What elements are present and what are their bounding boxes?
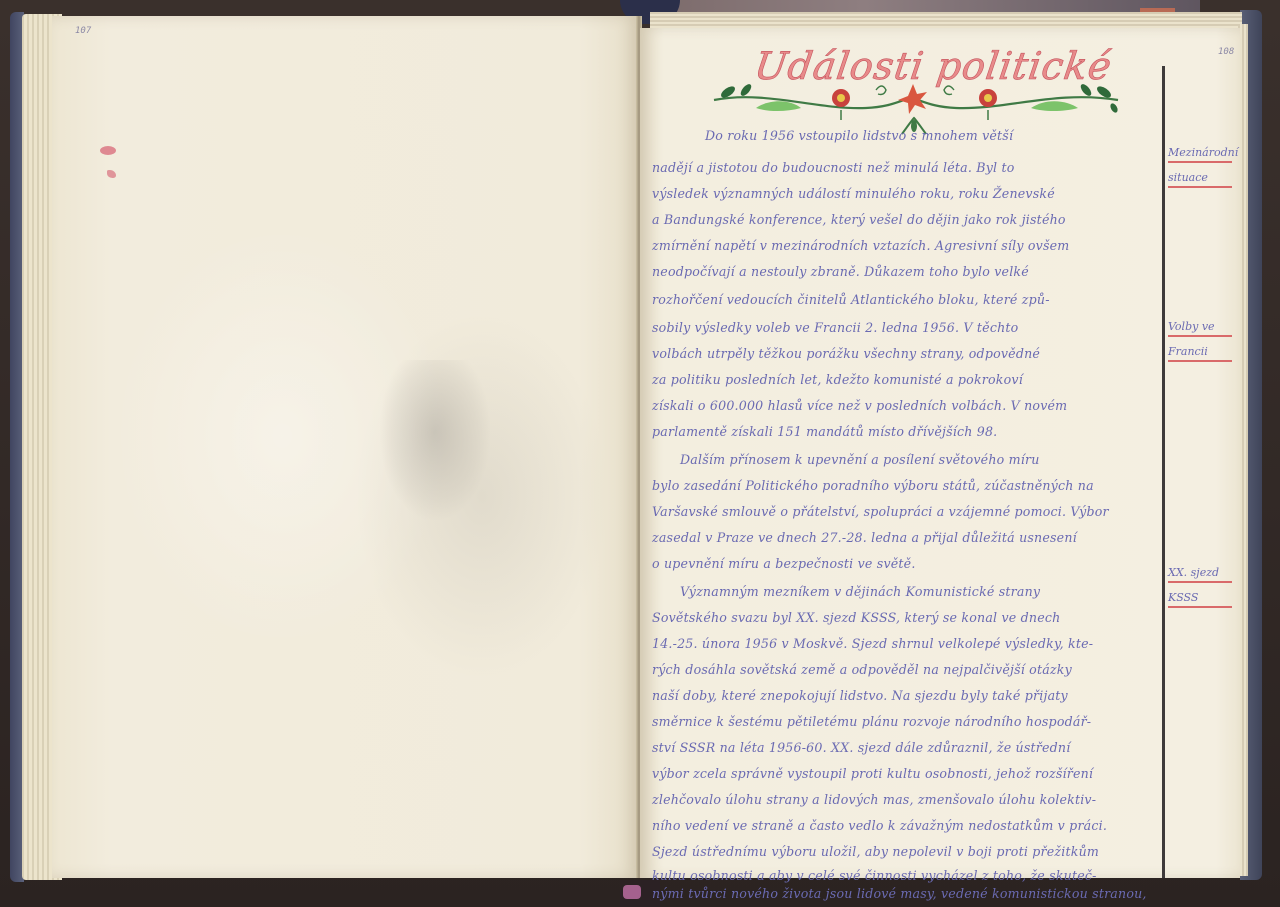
text-line: Do roku 1956 vstoupilo lidstvo s mnohem … (705, 128, 1135, 143)
text-line: kultu osobnosti a aby v celé své činnost… (652, 868, 1152, 883)
margin-note-line: KSSS (1168, 591, 1232, 608)
margin-note-line: Francii (1168, 345, 1232, 362)
margin-note-line: Volby ve (1168, 320, 1232, 337)
text-line: Sovětského svazu byl XX. sjezd KSSS, kte… (652, 610, 1152, 625)
red-ink-mark (107, 170, 116, 178)
bleed-through-stain (380, 360, 490, 520)
text-line: nými tvůrci nového života jsou lidové ma… (652, 886, 1152, 901)
text-line: Sjezd ústřednímu výboru uložil, aby nepo… (652, 844, 1152, 859)
text-line: Dalším přínosem k upevnění a posílení sv… (680, 452, 1140, 467)
text-line: výsledek významných událostí minulého ro… (652, 186, 1152, 201)
text-line: zlehčovalo úlohu strany a lidových mas, … (652, 792, 1152, 807)
margin-rule (1162, 66, 1165, 878)
text-line: ního vedení ve straně a často vedlo k zá… (652, 818, 1152, 833)
text-line: a Bandungské konference, který vešel do … (652, 212, 1152, 227)
text-line: výbor zcela správně vystoupil proti kult… (652, 766, 1152, 781)
text-line: sobily výsledky voleb ve Francii 2. ledn… (652, 320, 1152, 335)
text-line: za politiku posledních let, kdežto komun… (652, 372, 1152, 387)
margin-note-line: Mezinárodní (1168, 146, 1232, 163)
text-line: Významným mezníkem v dějinách Komunistic… (680, 584, 1140, 599)
spine-bookmark (623, 885, 641, 899)
text-line: nadějí a jistotou do budoucnosti než min… (652, 160, 1152, 175)
text-line: 14.-25. února 1956 v Moskvě. Sjezd shrnu… (652, 636, 1152, 651)
text-line: o upevnění míru a bezpečnosti ve světě. (652, 556, 1152, 571)
red-ink-blot (100, 146, 116, 155)
margin-note-elections-france: Volby ve Francii (1168, 320, 1232, 370)
text-line: rých dosáhla sovětská země a odpověděl n… (652, 662, 1152, 677)
right-page-number: 108 (1218, 47, 1234, 57)
text-line: zasedal v Praze ve dnech 27.-28. ledna a… (652, 530, 1152, 545)
margin-note-international-situation: Mezinárodní situace (1168, 146, 1232, 196)
text-line: parlamentě získali 151 mandátů místo dří… (652, 424, 1152, 439)
text-line: ství SSSR na léta 1956-60. XX. sjezd dál… (652, 740, 1152, 755)
left-page (52, 16, 638, 878)
text-line: volbách utrpěly těžkou porážku všechny s… (652, 346, 1152, 361)
margin-note-line: situace (1168, 171, 1232, 188)
text-line: neodpočívají a nestouly zbraně. Důkazem … (652, 264, 1152, 279)
text-line: Varšavské smlouvě o přátelství, spoluprá… (652, 504, 1152, 519)
text-line: rozhořčení vedoucích činitelů Atlantické… (652, 292, 1152, 307)
margin-note-line: XX. sjezd (1168, 566, 1232, 583)
text-line: získali o 600.000 hlasů více než v posle… (652, 398, 1152, 413)
left-page-number: 107 (75, 26, 91, 36)
margin-note-xx-congress: XX. sjezd KSSS (1168, 566, 1232, 616)
text-line: naší doby, které znepokojují lidstvo. Na… (652, 688, 1152, 703)
text-line: bylo zasedání Politického poradního výbo… (652, 478, 1152, 493)
text-line: směrnice k šestému pětiletému plánu rozv… (652, 714, 1152, 729)
text-line: zmírnění napětí v mezinárodních vztazích… (652, 238, 1152, 253)
